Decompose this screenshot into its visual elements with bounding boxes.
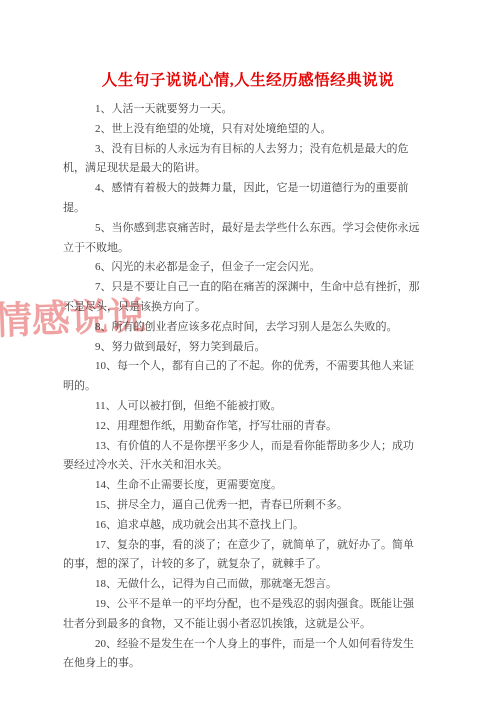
quote-item: 8、所有的创业者应该多花点时间，去学习别人是怎么失败的。 (63, 318, 420, 338)
document-page: 情感说说 人生句子说说心情,人生经历感悟经典说说 1、人活一天就要努力一天。 2… (0, 0, 496, 702)
quote-item: 17、复杂的事，看的淡了；在意少了，就简单了，就好办了。简单的事，想的深了，计较… (63, 536, 420, 576)
quote-item: 10、每一个人，都有自己的了不起。你的优秀，不需要其他人来证明的。 (63, 357, 420, 397)
quote-item: 1、人活一天就要努力一天。 (63, 100, 420, 120)
quote-item: 15、拼尽全力，逼自己优秀一把，青春已所剩不多。 (63, 496, 420, 516)
quote-list: 1、人活一天就要努力一天。 2、世上没有绝望的处境，只有对处境绝望的人。 3、没… (63, 100, 420, 674)
quote-item: 18、无做什么，记得为自己而做，那就毫无怨言。 (63, 575, 420, 595)
quote-item: 5、当你感到悲哀痛苦时，最好是去学些什么东西。学习会使你永远立于不败地。 (63, 219, 420, 259)
quote-item: 9、努力做到最好，努力笑到最后。 (63, 338, 420, 358)
quote-item: 3、没有目标的人永远为有目标的人去努力；没有危机是最大的危机，满足现状是最大的陷… (63, 140, 420, 180)
quote-item: 16、追求卓越，成功就会出其不意找上门。 (63, 516, 420, 536)
quote-item: 19、公平不是单一的平均分配，也不是残忍的弱肉强食。既能让强壮者分到最多的食物，… (63, 595, 420, 635)
quote-item: 11、人可以被打倒，但绝不能被打败。 (63, 397, 420, 417)
quote-item: 7、只是不要让自己一直的陷在痛苦的深渊中，生命中总有挫折，那不是尽头，只是该换方… (63, 278, 420, 318)
page-title: 人生句子说说心情,人生经历感悟经典说说 (0, 70, 496, 92)
quote-item: 20、经验不是发生在一个人身上的事件，而是一个人如何看待发生在他身上的事。 (63, 635, 420, 675)
quote-item: 14、生命不止需要长度，更需要宽度。 (63, 476, 420, 496)
quote-item: 12、用理想作纸，用勤奋作笔，抒写壮丽的青春。 (63, 417, 420, 437)
quote-item: 13、有价值的人不是你摆平多少人，而是看你能帮助多少人；成功要经过冷水关、汗水关… (63, 437, 420, 477)
quote-item: 2、世上没有绝望的处境，只有对处境绝望的人。 (63, 120, 420, 140)
quote-item: 4、感情有着极大的鼓舞力量，因此，它是一切道德行为的重要前提。 (63, 179, 420, 219)
quote-item: 6、闪光的未必都是金子，但金子一定会闪光。 (63, 258, 420, 278)
